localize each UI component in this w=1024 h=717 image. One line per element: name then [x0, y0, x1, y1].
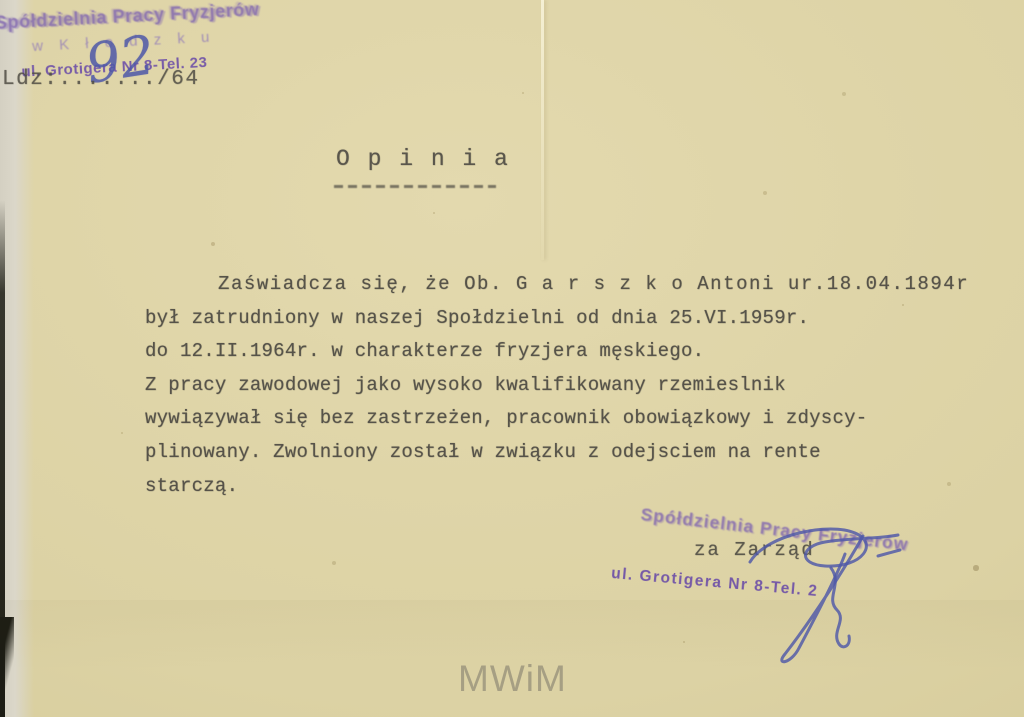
- body-line: starczą.: [145, 470, 1024, 504]
- title-underline: [334, 185, 496, 188]
- scanned-document-page: Spółdzielnia Pracy Fryzjerów w K ł o d z…: [0, 0, 1024, 717]
- reference-number-line: Ldz:......./64: [2, 68, 199, 91]
- body-line: Zaświadcza się, że Ob. G a r s z k o Ant…: [145, 268, 1024, 302]
- body-line: plinowany. Zwolniony został w związku z …: [145, 436, 1024, 470]
- body-line: wywiązywał się bez zastrzeżen, pracownik…: [145, 402, 1024, 436]
- paper-specks: [0, 0, 2, 2]
- body-line: był zatrudniony w naszej Społdzielni od …: [145, 302, 1024, 336]
- watermark: MWiM: [458, 658, 567, 700]
- body-line: Z pracy zawodowej jako wysoko kwalifikow…: [145, 369, 1024, 403]
- body-line: do 12.II.1964r. w charakterze fryzjera m…: [145, 335, 1024, 369]
- document-body: Zaświadcza się, że Ob. G a r s z k o Ant…: [145, 268, 1024, 503]
- paper-crease: [541, 0, 544, 260]
- document-title: O p i n i a: [336, 146, 510, 172]
- handwritten-signature: [712, 506, 922, 671]
